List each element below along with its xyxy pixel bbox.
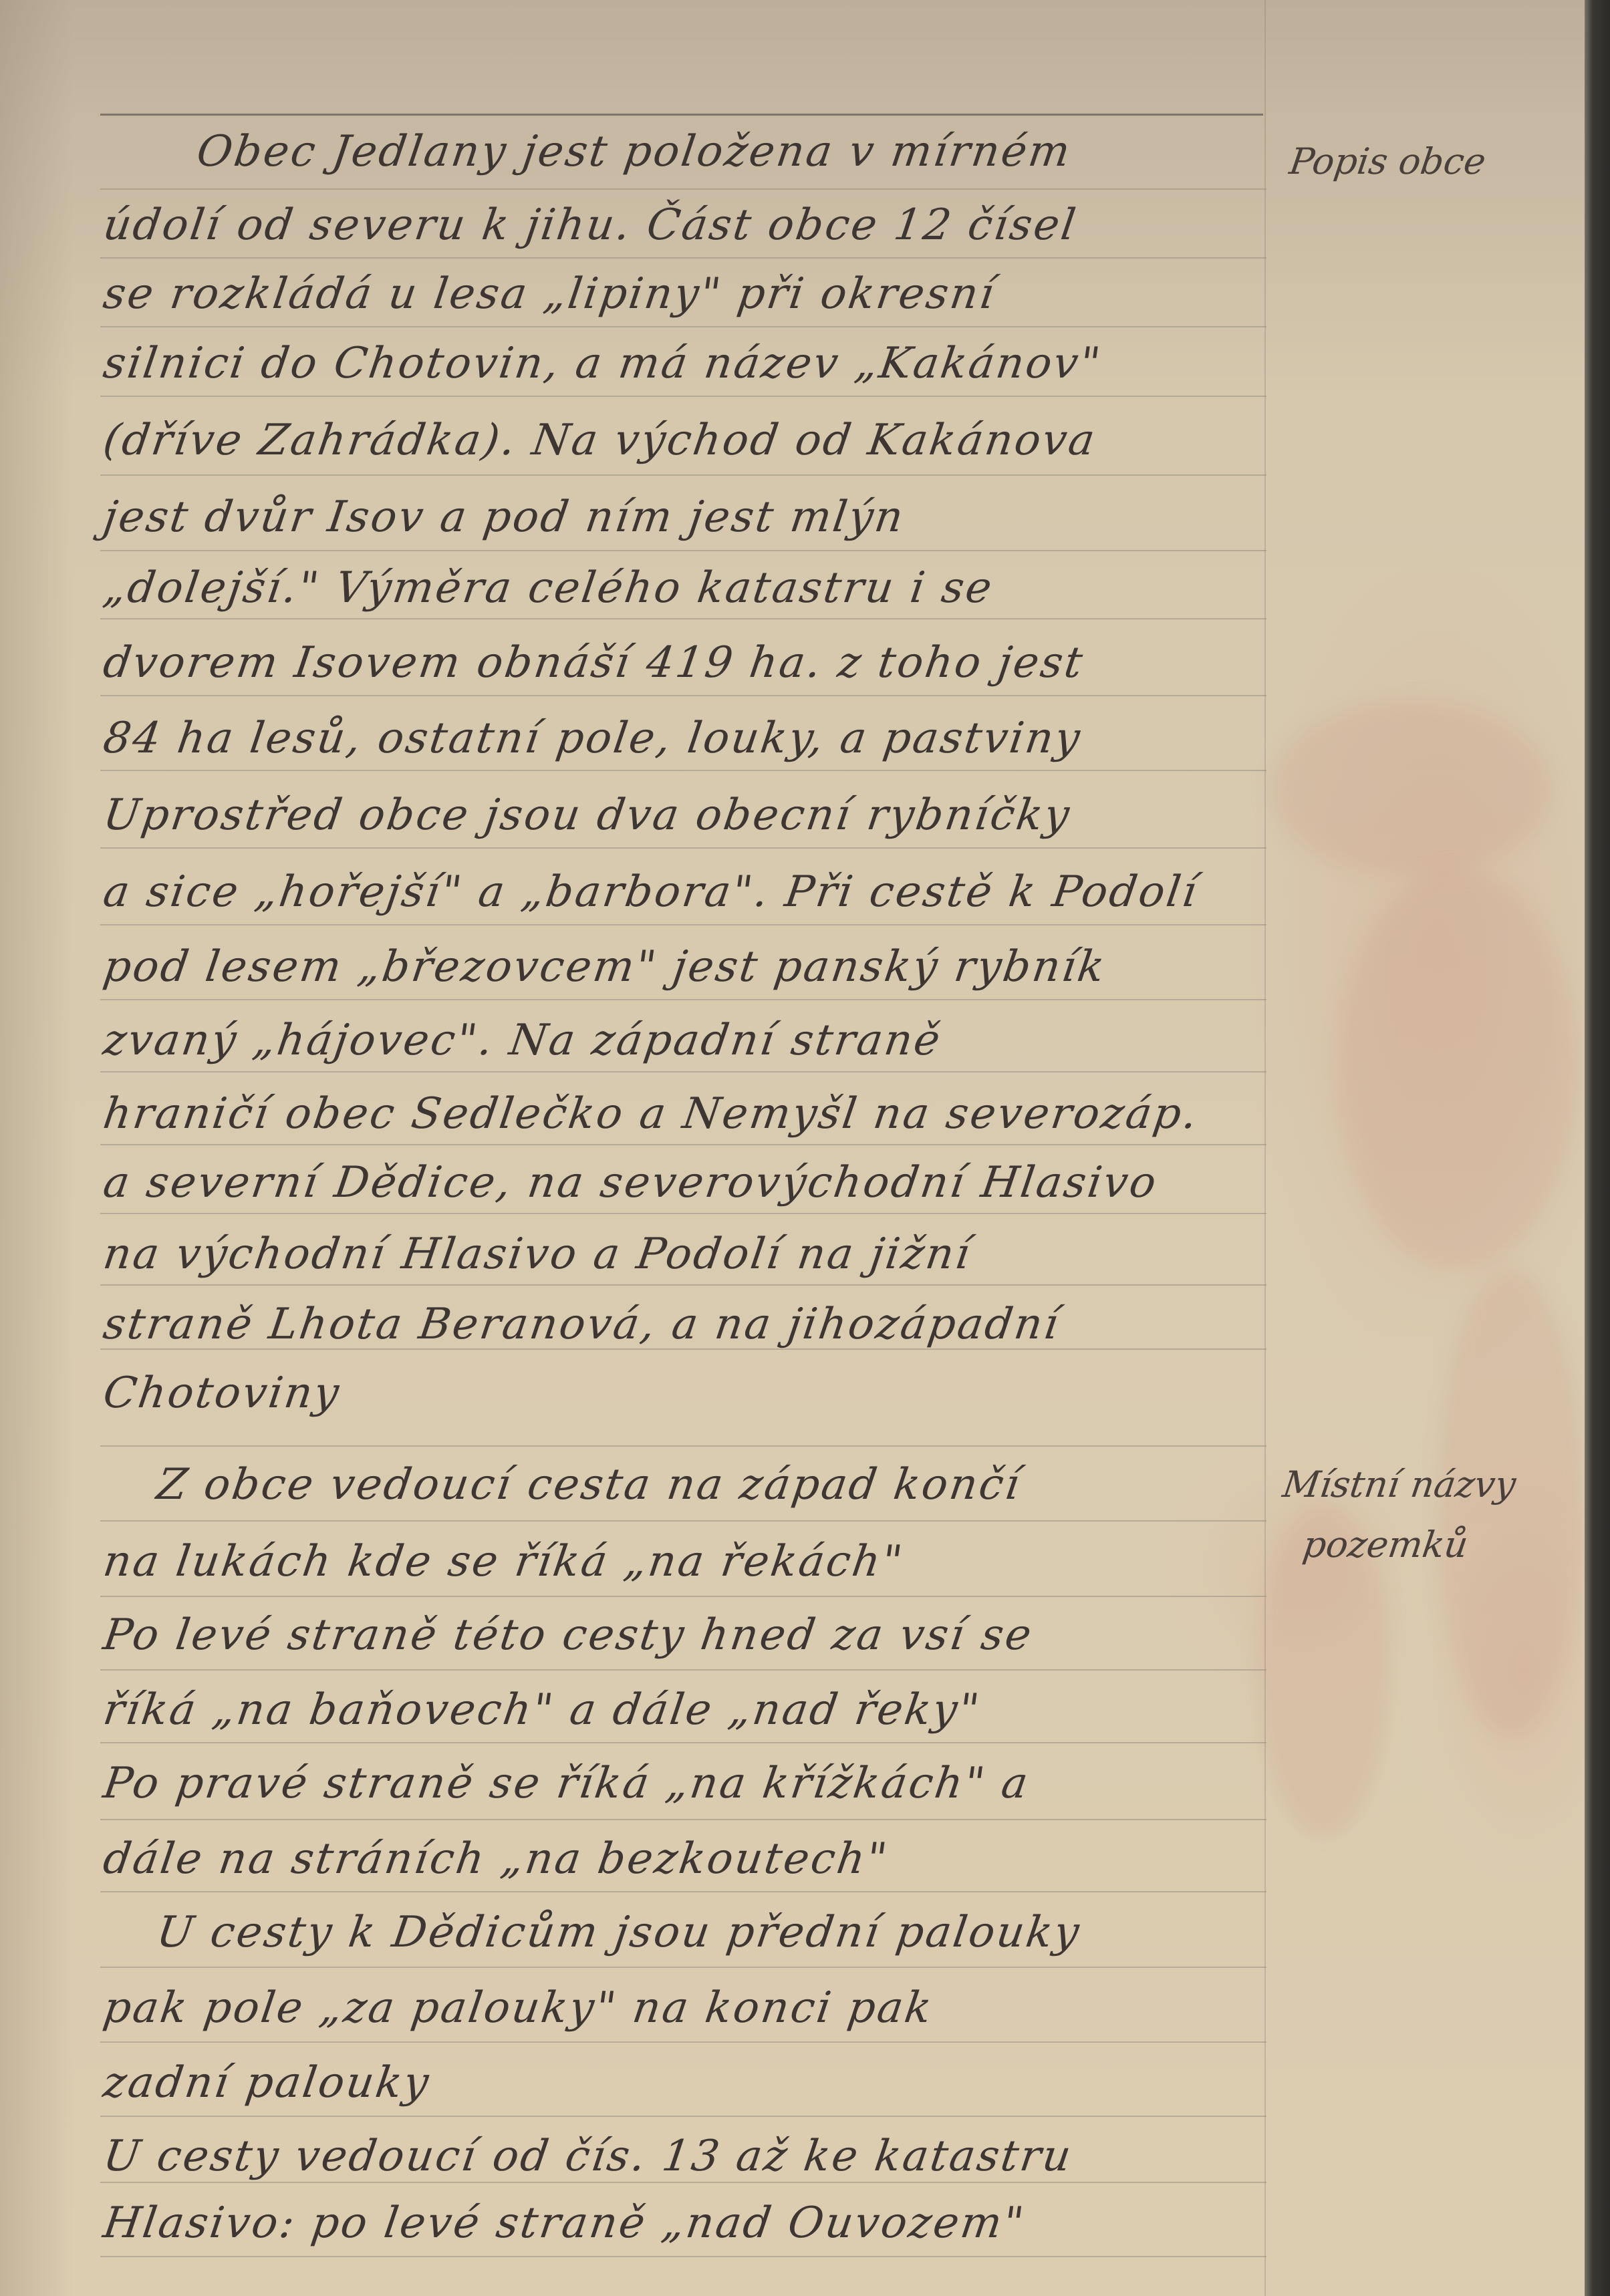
ruled-line xyxy=(100,257,1266,259)
top-rule xyxy=(100,114,1263,116)
margin-note-mistni-nazvy: Místní názvy xyxy=(1281,1463,1518,1505)
ruled-line xyxy=(100,1742,1266,1743)
text-line: dvorem Isovem obnáší 419 ha. z toho jest xyxy=(100,638,1087,688)
ruled-line xyxy=(100,1144,1266,1145)
ruled-line xyxy=(100,618,1266,619)
ruled-line xyxy=(100,1284,1266,1286)
text-line: Uprostřed obce jsou dva obecní rybníčky xyxy=(100,791,1074,840)
ruled-line xyxy=(100,326,1266,327)
ruled-line xyxy=(100,1213,1266,1214)
text-line: pak pole „za palouky" na konci pak xyxy=(100,1983,936,2033)
text-line: říká „na baňovech" a dále „nad řeky" xyxy=(100,1685,984,1735)
ruled-line xyxy=(100,1071,1266,1072)
ruled-line xyxy=(100,550,1266,551)
ruled-line xyxy=(100,2256,1266,2257)
ruled-line xyxy=(100,396,1266,397)
margin-rule xyxy=(1264,0,1266,2296)
text-line: hraničí obec Sedlečko a Nemyšl na severo… xyxy=(100,1089,1202,1139)
ruled-line xyxy=(100,1445,1266,1447)
text-line: Chotoviny xyxy=(100,1369,344,1418)
text-line: a sice „hořejší" a „barbora". Při cestě … xyxy=(100,867,1202,917)
text-line: dále na stráních „na bezkoutech" xyxy=(100,1834,892,1884)
ruled-line xyxy=(100,924,1266,925)
ruled-line xyxy=(100,847,1266,849)
text-line: pod lesem „březovcem" jest panský rybník xyxy=(100,942,1109,992)
text-line: (dříve Zahrádka). Na východ od Kakánova xyxy=(100,416,1099,465)
ruled-line xyxy=(100,1596,1266,1597)
text-line: údolí od severu k jihu. Část obce 12 čís… xyxy=(100,200,1081,250)
margin-note-pozemku: pozemků xyxy=(1301,1524,1471,1566)
ruled-line xyxy=(100,695,1266,696)
text-line: Obec Jedlany jest položena v mírném xyxy=(194,127,1075,176)
ruled-line xyxy=(100,1669,1266,1671)
water-stain xyxy=(1270,702,1551,875)
text-line: na lukách kde se říká „na řekách" xyxy=(100,1537,907,1586)
ruled-line xyxy=(100,188,1266,190)
water-stain xyxy=(1337,869,1577,1270)
margin-note-popis-obce: Popis obce xyxy=(1287,140,1489,182)
text-line: „dolejší." Výměra celého katastru i se xyxy=(100,563,996,613)
ruled-line xyxy=(100,2041,1266,2043)
text-line: zvaný „hájovec". Na západní straně xyxy=(100,1016,945,1065)
text-line: Po pravé straně se říká „na křížkách" a xyxy=(100,1759,1033,1808)
book-binding-edge xyxy=(1585,0,1610,2296)
text-line: na východní Hlasivo a Podolí na jižní xyxy=(100,1230,975,1279)
text-line: zadní palouky xyxy=(100,2058,434,2108)
text-line: Po levé straně této cesty hned za vsí se xyxy=(100,1610,1037,1660)
text-line: se rozkládá u lesa „lipiny" při okresní xyxy=(100,269,999,319)
text-line: jest dvůr Isov a pod ním jest mlýn xyxy=(100,492,908,542)
chronicle-page: Popis obce Místní názvy pozemků Obec Jed… xyxy=(0,0,1610,2296)
text-line: silnici do Chotovin, a má název „Kakánov… xyxy=(100,339,1105,388)
text-line: 84 ha lesů, ostatní pole, louky, a pastv… xyxy=(100,714,1085,763)
ruled-line xyxy=(100,1819,1266,1820)
text-line: U cesty k Dědicům jsou přední palouky xyxy=(154,1908,1084,1957)
text-line: Hlasivo: po levé straně „nad Ouvozem" xyxy=(100,2198,1029,2248)
page-gutter-shadow xyxy=(0,0,74,2296)
ruled-line xyxy=(100,1520,1266,1522)
text-line: a severní Dědice, na severovýchodní Hlas… xyxy=(100,1158,1161,1207)
text-line: straně Lhota Beranová, a na jihozápadní xyxy=(100,1300,1063,1349)
ruled-line xyxy=(100,2182,1266,2183)
ruled-line xyxy=(100,1891,1266,1892)
ruled-line xyxy=(100,1967,1266,1968)
ruled-line xyxy=(100,999,1266,1000)
text-line: U cesty vedoucí od čís. 13 až ke katastr… xyxy=(100,2132,1076,2181)
ruled-line xyxy=(100,474,1266,476)
text-line: Z obce vedoucí cesta na západ končí xyxy=(154,1460,1025,1510)
ruled-line xyxy=(100,770,1266,771)
ruled-line xyxy=(100,2116,1266,2117)
